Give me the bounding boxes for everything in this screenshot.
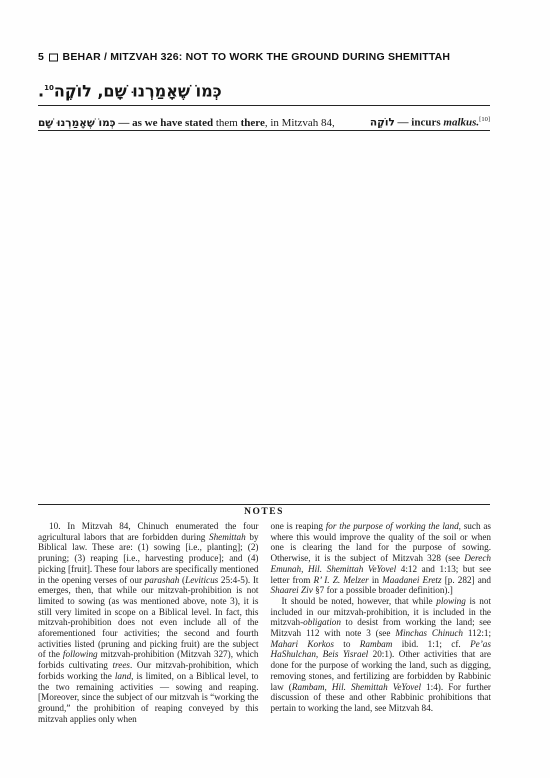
divider-rule-bottom — [38, 130, 490, 131]
text-segment: It should be noted, however, that while — [282, 596, 437, 606]
hebrew-text: כְּמוֹ שֶׁאָמַרְנוּ שָׁם, לוֹקֶה — [54, 81, 222, 100]
text-segment: them — [216, 117, 241, 129]
text-segment: 112:1; — [463, 628, 491, 638]
text-segment: to — [334, 639, 360, 649]
text-segment: Mahari Korkos — [271, 639, 334, 649]
text-segment: Shaarei Ziv — [271, 585, 313, 595]
notes-column-right: one is reaping for the purpose of workin… — [271, 521, 492, 724]
text-segment: , in Mitzvah 84, — [265, 117, 335, 129]
note-paragraph: It should be noted, however, that while … — [271, 596, 492, 714]
text-segment: כְּמוֹ שֶׁאָמַרְנוּ שָׁם — [38, 117, 116, 129]
text-segment: — incurs — [395, 117, 444, 129]
notes-section: 10. In Mitzvah 84, Chinuch enumerated th… — [38, 521, 491, 724]
text-segment: Leviticus — [185, 575, 218, 585]
text-segment: following — [63, 649, 98, 659]
section-square-icon — [49, 53, 58, 62]
text-segment: Minchas Chinuch — [395, 628, 463, 638]
book-page: 5 BEHAR / MITZVAH 326: NOT TO WORK THE G… — [0, 0, 550, 778]
text-segment: R’ I. Z. Melzer — [313, 575, 368, 585]
text-segment: plowing — [436, 596, 466, 606]
text-segment: §7 for a possible broader definition).] — [313, 585, 453, 595]
running-head: 5 BEHAR / MITZVAH 326: NOT TO WORK THE G… — [38, 51, 492, 63]
notes-column-left: 10. In Mitzvah 84, Chinuch enumerated th… — [38, 521, 259, 724]
text-segment: for the purpose of working the land, — [326, 521, 461, 531]
note-paragraph: 10. In Mitzvah 84, Chinuch enumerated th… — [38, 521, 259, 724]
hebrew-source-line: כְּמוֹ שֶׁאָמַרְנוּ שָׁם, לוֹקֶה10. — [38, 76, 490, 103]
page-number: 5 — [38, 51, 44, 63]
running-head-title: BEHAR / MITZVAH 326: NOT TO WORK THE GRO… — [63, 51, 451, 63]
text-segment: there — [241, 117, 265, 129]
text-segment: Rambam, Hil. Shemittah VeYovel — [292, 682, 421, 692]
text-segment: 25:4-5). It emerges, then, that while ou… — [38, 575, 259, 660]
note-paragraph: one is reaping for the purpose of workin… — [271, 521, 492, 596]
text-segment: land, — [115, 671, 134, 681]
text-segment: in — [369, 575, 382, 585]
text-segment: trees — [112, 660, 130, 670]
hebrew-note-ref: 10 — [44, 84, 54, 92]
text-segment: one is reaping — [271, 521, 326, 531]
text-segment: Rambam — [360, 639, 393, 649]
text-segment: [10] — [479, 116, 490, 123]
text-segment: parashah — [145, 575, 180, 585]
notes-divider-rule — [38, 504, 490, 505]
text-segment: Shemittah — [209, 532, 246, 542]
text-segment: obligation — [303, 617, 341, 627]
text-segment: malkus. — [443, 117, 479, 129]
text-segment: [p. 282] and — [442, 575, 491, 585]
text-segment: — as we have stated — [116, 117, 216, 129]
divider-rule-top — [38, 105, 490, 106]
text-segment: Maadanei Eretz — [382, 575, 441, 585]
notes-heading: NOTES — [38, 507, 490, 517]
text-segment: לוֹקֶה — [370, 117, 395, 129]
text-segment: ibid. 1:1; cf. — [392, 639, 470, 649]
